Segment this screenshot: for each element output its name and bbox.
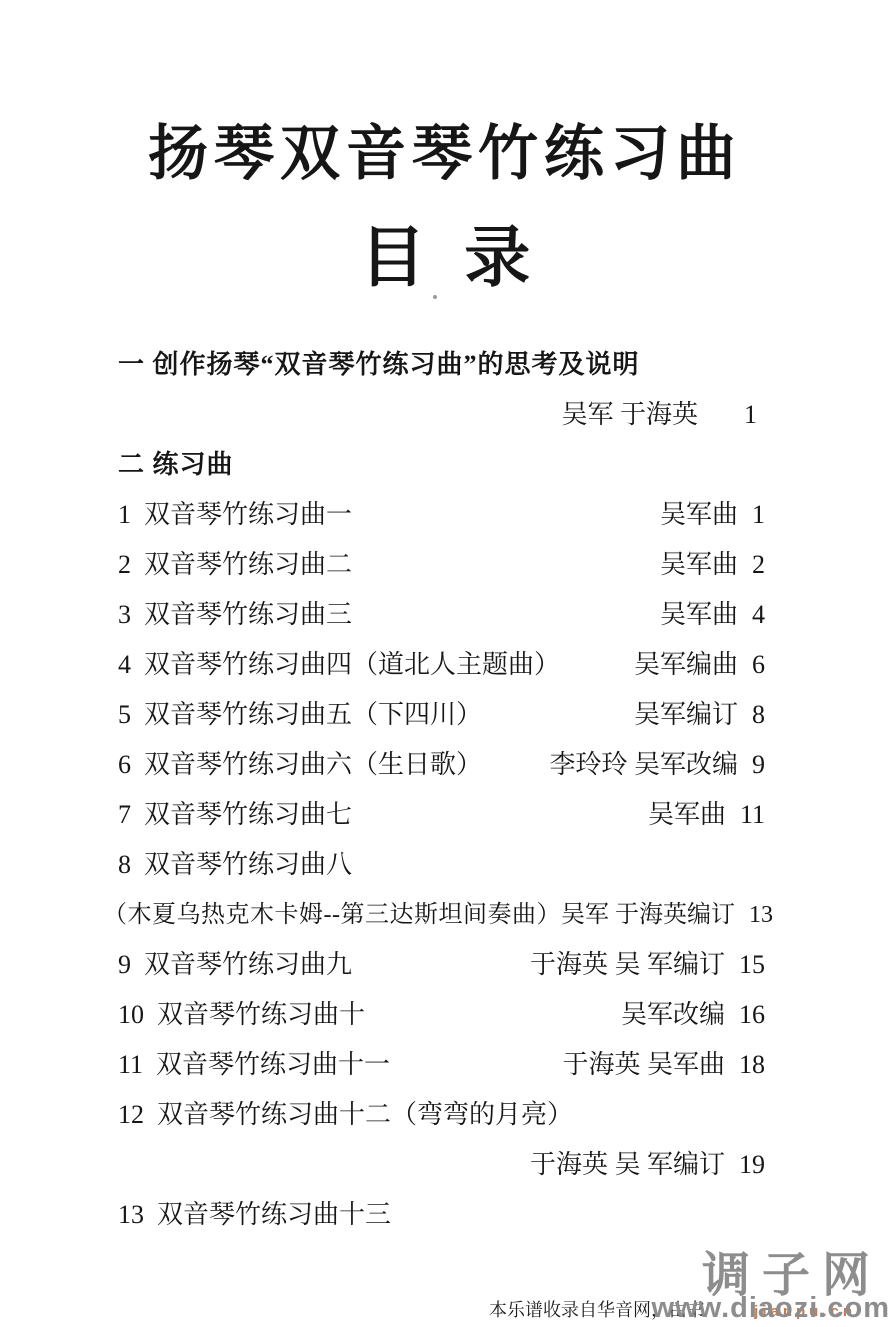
item-title: 双音琴竹练习曲十 <box>157 1001 365 1029</box>
item-title: 双音琴竹练习曲一 <box>144 501 352 529</box>
authors-text: 李玲玲 吴军改编 <box>549 751 738 779</box>
item-number: 2 <box>118 551 131 579</box>
section-one-heading: 一 创作扬琴“双音琴竹练习曲”的思考及说明 <box>118 351 765 379</box>
section-heading-text: 一 创作扬琴“双音琴竹练习曲”的思考及说明 <box>118 351 640 379</box>
page-number: 11 <box>740 801 765 829</box>
toc-item: 11双音琴竹练习曲十一 于海英 吴军曲18 <box>118 1051 765 1079</box>
toc-item: 6双音琴竹练习曲六（生日歌） 李玲玲 吴军改编9 <box>118 751 765 779</box>
authors-text: 吴军曲 <box>660 501 738 529</box>
watermark-site-url: www.diaozi.com <box>651 1292 890 1325</box>
page-number: 1 <box>752 501 765 529</box>
toc-item: 10双音琴竹练习曲十 吴军改编16 <box>118 1001 765 1029</box>
item-number: 8 <box>118 851 131 879</box>
item-title: 双音琴竹练习曲九 <box>144 951 352 979</box>
item-title: 双音琴竹练习曲五（下四川） <box>144 701 482 729</box>
toc-item-continuation: （木夏乌热克木卡姆--第三达斯坦间奏曲） 吴军 于海英编订13 <box>118 901 765 929</box>
page-number: 2 <box>752 551 765 579</box>
toc-item: 4双音琴竹练习曲四（道北人主题曲） 吴军编曲6 <box>118 651 765 679</box>
item-number: 1 <box>118 501 131 529</box>
section-one-author-line: 吴军 于海英 1 <box>118 401 765 429</box>
item-title: 双音琴竹练习曲二 <box>144 551 352 579</box>
item-title: 双音琴竹练习曲十三 <box>157 1201 391 1229</box>
authors-text: 吴军编曲 <box>634 651 738 679</box>
item-number: 3 <box>118 601 131 629</box>
authors-text: 吴军曲 <box>660 601 738 629</box>
item-number: 10 <box>118 1001 144 1029</box>
page-number: 6 <box>752 651 765 679</box>
table-of-contents: 一 创作扬琴“双音琴竹练习曲”的思考及说明 吴军 于海英 1 二 练习曲 1双音… <box>118 351 765 1251</box>
item-number: 4 <box>118 651 131 679</box>
toc-item: 5双音琴竹练习曲五（下四川） 吴军编订8 <box>118 701 765 729</box>
scan-speck <box>433 295 437 299</box>
doc-subtitle: 目 录 <box>0 204 890 299</box>
item-title: 双音琴竹练习曲八 <box>144 851 352 879</box>
page-number: 19 <box>739 1151 765 1179</box>
page-number: 9 <box>752 751 765 779</box>
authors-text: 吴军 于海英编订 <box>561 901 735 929</box>
title-block: 扬琴双音琴竹练习曲 目 录 <box>0 106 890 299</box>
item-number: 6 <box>118 751 131 779</box>
item-number: 12 <box>118 1101 144 1129</box>
item-title: 双音琴竹练习曲四（道北人主题曲） <box>144 651 560 679</box>
authors-text: 于海英 吴 军编订 <box>530 951 725 979</box>
item-title: 双音琴竹练习曲十二（弯弯的月亮） <box>157 1101 573 1129</box>
page-number: 13 <box>749 901 773 929</box>
authors-text: 于海英 吴军曲 <box>562 1051 725 1079</box>
section-heading-text: 二 练习曲 <box>118 451 234 479</box>
authors-text: 吴军 于海英 <box>561 401 698 429</box>
item-title: 双音琴竹练习曲十一 <box>156 1051 390 1079</box>
doc-title: 扬琴双音琴竹练习曲 <box>0 106 890 192</box>
item-number: 7 <box>118 801 131 829</box>
page-number: 15 <box>739 951 765 979</box>
item-title: 双音琴竹练习曲七 <box>144 801 352 829</box>
authors-text: 吴军编订 <box>634 701 738 729</box>
authors-text: 吴军改编 <box>621 1001 725 1029</box>
page-number: 4 <box>752 601 765 629</box>
page-number: 8 <box>752 701 765 729</box>
item-number: 9 <box>118 951 131 979</box>
authors-text: 吴军曲 <box>660 551 738 579</box>
item-number: 11 <box>118 1051 143 1079</box>
toc-item-author-line: 于海英 吴 军编订 19 <box>118 1151 765 1179</box>
page-number: 1 <box>744 401 757 429</box>
authors-text: 吴军曲 <box>648 801 726 829</box>
toc-item: 1双音琴竹练习曲一 吴军曲1 <box>118 501 765 529</box>
section-two-heading: 二 练习曲 <box>118 451 765 479</box>
authors-text: 于海英 吴 军编订 <box>530 1151 725 1179</box>
item-subtitle: （木夏乌热克木卡姆--第三达斯坦间奏曲） <box>103 901 561 929</box>
item-title: 双音琴竹练习曲六（生日歌） <box>144 751 482 779</box>
page-number: 16 <box>739 1001 765 1029</box>
document-page: 扬琴双音琴竹练习曲 目 录 一 创作扬琴“双音琴竹练习曲”的思考及说明 吴军 于… <box>0 0 890 1327</box>
toc-item: 3双音琴竹练习曲三 吴军曲4 <box>118 601 765 629</box>
toc-item: 8双音琴竹练习曲八 <box>118 851 765 879</box>
toc-item: 9双音琴竹练习曲九 于海英 吴 军编订15 <box>118 951 765 979</box>
toc-item: 13双音琴竹练习曲十三 <box>118 1201 765 1229</box>
toc-item: 2双音琴竹练习曲二 吴军曲2 <box>118 551 765 579</box>
item-title: 双音琴竹练习曲三 <box>144 601 352 629</box>
page-number: 18 <box>739 1051 765 1079</box>
item-number: 5 <box>118 701 131 729</box>
toc-item: 7双音琴竹练习曲七 吴军曲11 <box>118 801 765 829</box>
toc-item: 12双音琴竹练习曲十二（弯弯的月亮） <box>118 1101 765 1129</box>
item-number: 13 <box>118 1201 144 1229</box>
